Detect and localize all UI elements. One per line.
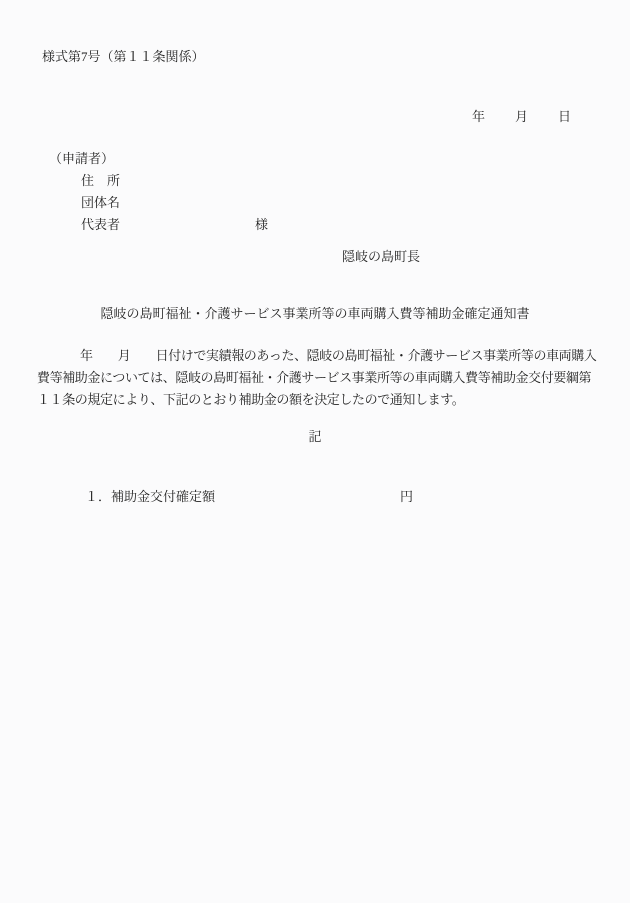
representative-honorific: 様 [255, 218, 268, 232]
applicant-organization-label: 団体名 [81, 196, 120, 210]
document-page: 様式第7号（第１１条関係） 年 月 日 （申請者） 住 所 団体名 代表者 様 … [0, 0, 630, 903]
applicant-heading: （申請者） [49, 152, 114, 166]
item1-subsidy-amount-label: １．補助金交付確定額 [85, 490, 215, 504]
record-marker: 記 [0, 430, 630, 444]
body-paragraph-line-3: １１条の規定により、下記のとおり補助金の額を決定したので通知します。 [37, 393, 464, 407]
date-year-label: 年 [472, 110, 485, 124]
body-paragraph-line-2: 費等補助金については、隠岐の島町福祉・介護サービス事業所等の車両購入費等補助金交… [37, 371, 591, 385]
addressee-mayor-label: 隠岐の島町長 [342, 250, 420, 264]
item1-yen-unit-label: 円 [400, 490, 413, 504]
applicant-address-label: 住 所 [81, 174, 120, 188]
form-number-label: 様式第7号（第１１条関係） [42, 50, 205, 64]
date-line: 年 月 日 [472, 110, 571, 124]
applicant-representative-label: 代表者 [81, 218, 120, 232]
date-month-label: 月 [515, 110, 528, 124]
date-day-label: 日 [558, 110, 571, 124]
document-title: 隠岐の島町福祉・介護サービス事業所等の車両購入費等補助金確定通知書 [0, 307, 630, 321]
body-paragraph-line-1: 年 月 日付けで実績報のあった、隠岐の島町福祉・介護サービス事業所等の車両購入 [80, 349, 596, 363]
